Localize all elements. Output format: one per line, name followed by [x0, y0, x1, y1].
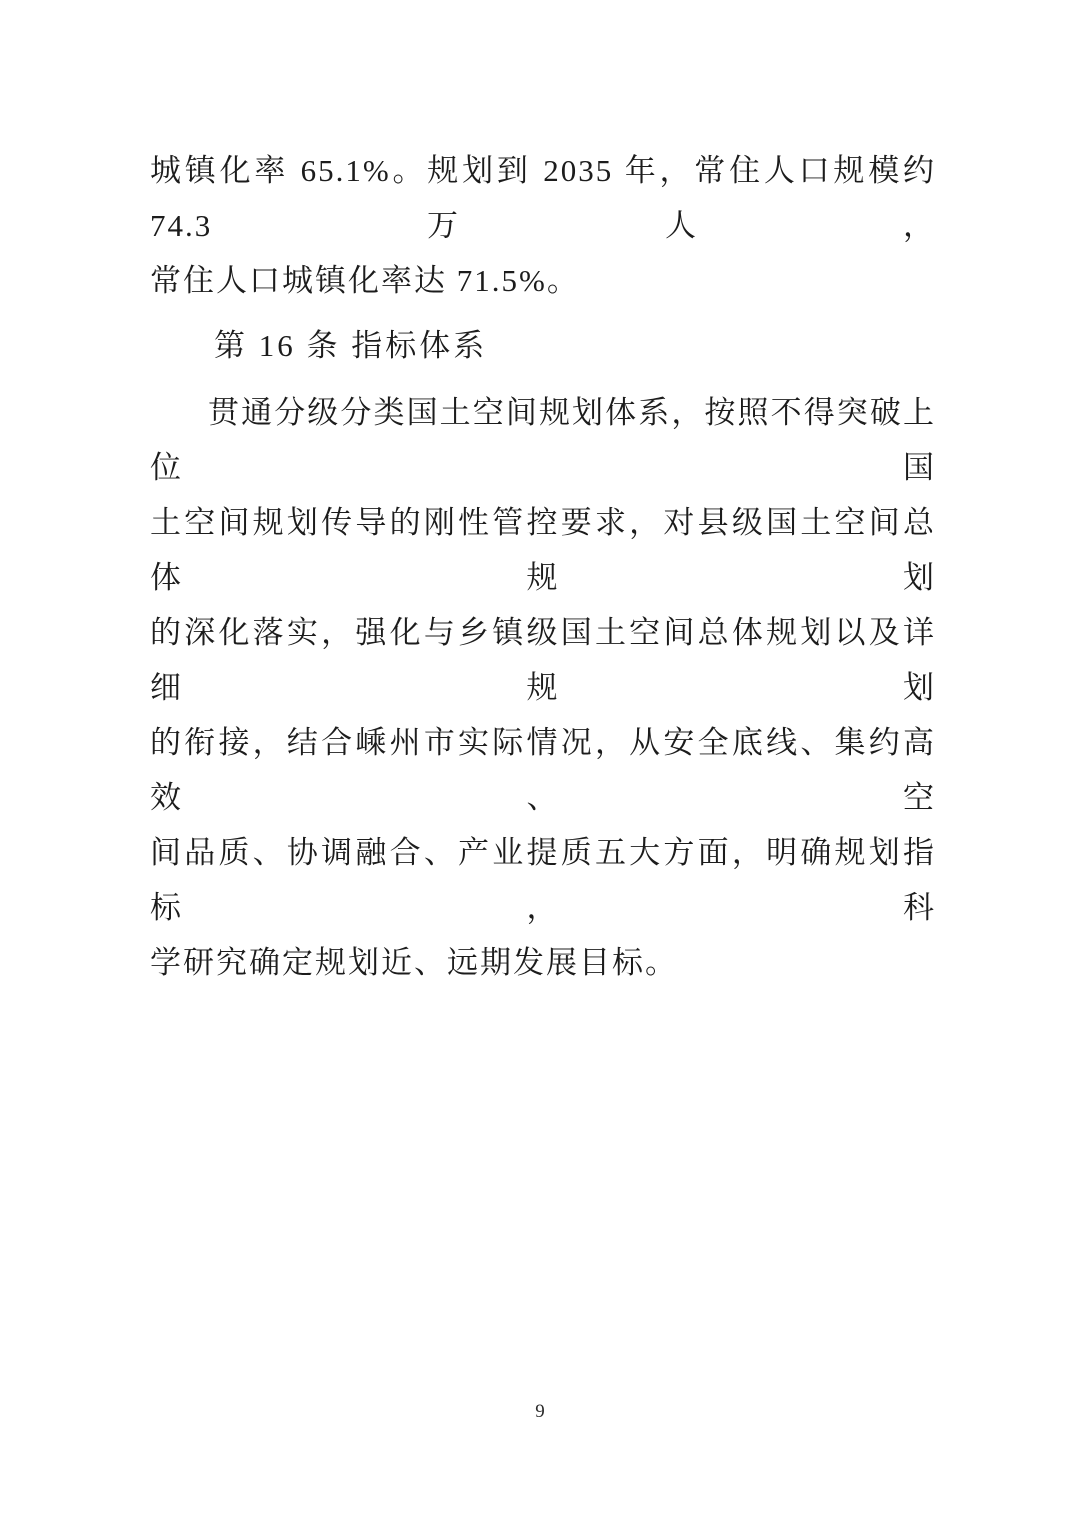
body-paragraph-line: 学研究确定规划近、远期发展目标。 — [150, 935, 936, 990]
document-body: 城镇化率 65.1%。规划到 2035 年，常住人口规模约 74.3 万人， 常… — [150, 143, 936, 990]
article-heading: 第 16 条 指标体系 — [150, 318, 936, 373]
page-number: 9 — [0, 1398, 1080, 1426]
body-paragraph-line: 土空间规划传导的刚性管控要求，对县级国土空间总体规划 — [150, 495, 936, 605]
body-paragraph-line: 的深化落实，强化与乡镇级国土空间总体规划以及详细规划 — [150, 605, 936, 715]
intro-paragraph-line: 常住人口城镇化率达 71.5%。 — [150, 253, 936, 308]
body-paragraph-line: 贯通分级分类国土空间规划体系，按照不得突破上位国 — [150, 385, 936, 495]
document-page: 城镇化率 65.1%。规划到 2035 年，常住人口规模约 74.3 万人， 常… — [0, 0, 1080, 1527]
body-paragraph-line: 间品质、协调融合、产业提质五大方面，明确规划指标，科 — [150, 825, 936, 935]
body-paragraph-line: 的衔接，结合嵊州市实际情况，从安全底线、集约高效、空 — [150, 715, 936, 825]
intro-paragraph-line: 城镇化率 65.1%。规划到 2035 年，常住人口规模约 74.3 万人， — [150, 143, 936, 253]
